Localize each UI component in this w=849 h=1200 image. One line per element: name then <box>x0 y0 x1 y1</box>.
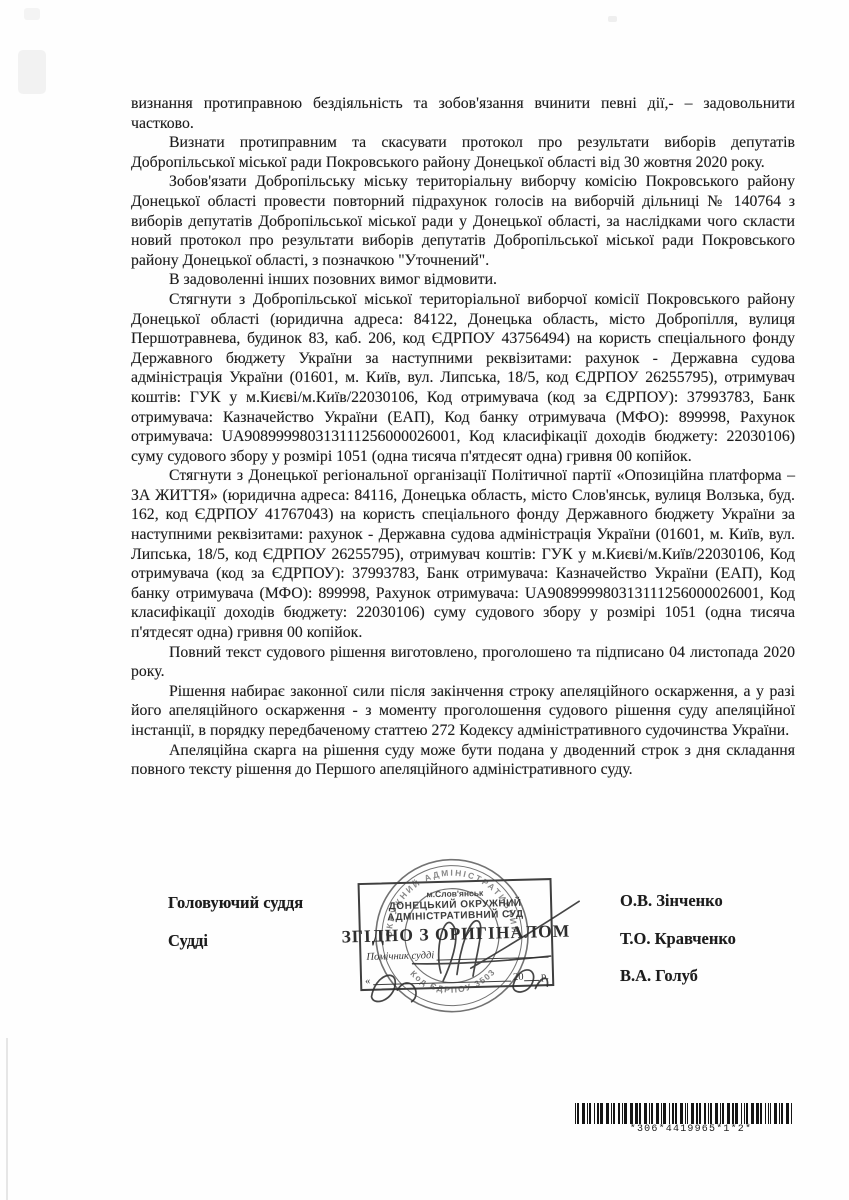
barcode-bar <box>622 1103 623 1124</box>
barcode-bar <box>691 1103 694 1124</box>
barcode-bar <box>781 1103 783 1124</box>
barcode-bar <box>765 1103 766 1124</box>
barcode-bar <box>597 1103 599 1124</box>
barcode-bars <box>575 1103 807 1124</box>
barcode-bar <box>727 1103 730 1124</box>
barcode-bar <box>649 1103 650 1124</box>
barcode-bar <box>741 1103 742 1124</box>
paragraph: Стягнути з Добропільської міської терито… <box>131 290 795 466</box>
barcode-bar <box>704 1103 706 1124</box>
judges-label: Судді <box>168 931 208 951</box>
barcode-bar <box>710 1103 712 1124</box>
paragraph: визнання протиправною бездіяльність та з… <box>131 94 795 133</box>
barcode-bar <box>708 1103 709 1124</box>
scan-artifact <box>6 1038 8 1200</box>
barcode-bar <box>600 1103 603 1124</box>
scan-artifact <box>18 50 46 94</box>
scanned-court-document-page: визнання протиправною бездіяльність та з… <box>0 0 849 1200</box>
paragraph: Визнати протиправним та скасувати проток… <box>131 133 795 172</box>
barcode-bar <box>651 1103 653 1124</box>
barcode-bar <box>594 1103 595 1124</box>
barcode-bar <box>770 1103 771 1124</box>
barcode-bar <box>582 1103 585 1124</box>
barcode-bar <box>735 1103 738 1124</box>
paragraph: Апеляційна скарга на рішення суду може б… <box>131 741 795 780</box>
barcode-bar <box>756 1103 759 1124</box>
barcode-bar <box>685 1103 686 1124</box>
paragraph: Стягнути з Донецької регіональної органі… <box>131 466 795 642</box>
barcode-bar <box>606 1103 609 1124</box>
barcode-bar <box>720 1103 721 1124</box>
judge-name: Т.О. Кравченко <box>620 929 736 949</box>
paragraph: Зобов'язати Добропільську міську територ… <box>131 172 795 270</box>
barcode-bar <box>669 1103 670 1124</box>
barcode-bar <box>639 1103 641 1124</box>
judge-name: О.В. Зінченко <box>620 891 723 911</box>
stamp-assistant-label: Помічник судді <box>365 950 434 963</box>
court-stamp: ОКРУЖНИЙ АДМІНІСТРАТИВНИЙ Код ЄДРПОУ 350… <box>350 847 604 1028</box>
paragraph: Повний текст судового рішення виготовлен… <box>131 643 795 682</box>
barcode-bar <box>760 1103 762 1124</box>
barcode-bar <box>786 1103 789 1124</box>
barcode-bar <box>774 1103 777 1124</box>
barcode-bar <box>732 1103 734 1124</box>
barcode-bar <box>722 1103 724 1124</box>
barcode-bar <box>675 1103 677 1124</box>
presiding-judge-label: Головуючий суддя <box>168 893 303 913</box>
barcode: *306*4419965*1*2* <box>575 1103 807 1135</box>
judge-name: В.А. Голуб <box>620 966 698 986</box>
barcode-bar <box>656 1103 659 1124</box>
barcode-bar <box>618 1103 620 1124</box>
paragraph: В задоволенні інших позовних вимог відмо… <box>131 270 795 290</box>
barcode-bar <box>577 1103 579 1124</box>
barcode-bar <box>751 1103 754 1124</box>
barcode-bar <box>779 1103 780 1124</box>
barcode-bar <box>644 1103 647 1124</box>
barcode-bar <box>744 1103 745 1124</box>
scan-artifact <box>608 16 617 22</box>
barcode-bar <box>699 1103 701 1124</box>
barcode-bar <box>680 1103 683 1124</box>
barcode-bar <box>696 1103 698 1124</box>
paragraph: Рішення набирає законної сили після закі… <box>131 682 795 741</box>
decision-text: визнання протиправною бездіяльність та з… <box>131 94 795 780</box>
barcode-bar <box>624 1103 627 1124</box>
barcode-bar <box>687 1103 688 1124</box>
barcode-bar <box>746 1103 748 1124</box>
barcode-bar <box>613 1103 615 1124</box>
barcode-bar <box>661 1103 662 1124</box>
seal-ring-bottom-text: Код ЄДРПОУ 3503 <box>408 966 498 996</box>
barcode-bar <box>630 1103 633 1124</box>
barcode-bar <box>672 1103 674 1124</box>
barcode-caption: *306*4419965*1*2* <box>575 1124 807 1135</box>
barcode-bar <box>589 1103 591 1124</box>
svg-text:Код ЄДРПОУ 3503: Код ЄДРПОУ 3503 <box>408 966 498 996</box>
barcode-bar <box>663 1103 666 1124</box>
scan-artifact <box>24 8 40 20</box>
barcode-bar <box>611 1103 612 1124</box>
barcode-bar <box>635 1103 638 1124</box>
barcode-bar <box>768 1103 769 1124</box>
barcode-bar <box>715 1103 718 1124</box>
barcode-bar <box>791 1103 792 1124</box>
barcode-bar <box>575 1103 576 1124</box>
barcode-bar <box>587 1103 588 1124</box>
stamp-city: м.Слов'янськ <box>426 888 484 900</box>
stamp-date-open-quote: « <box>365 976 371 987</box>
